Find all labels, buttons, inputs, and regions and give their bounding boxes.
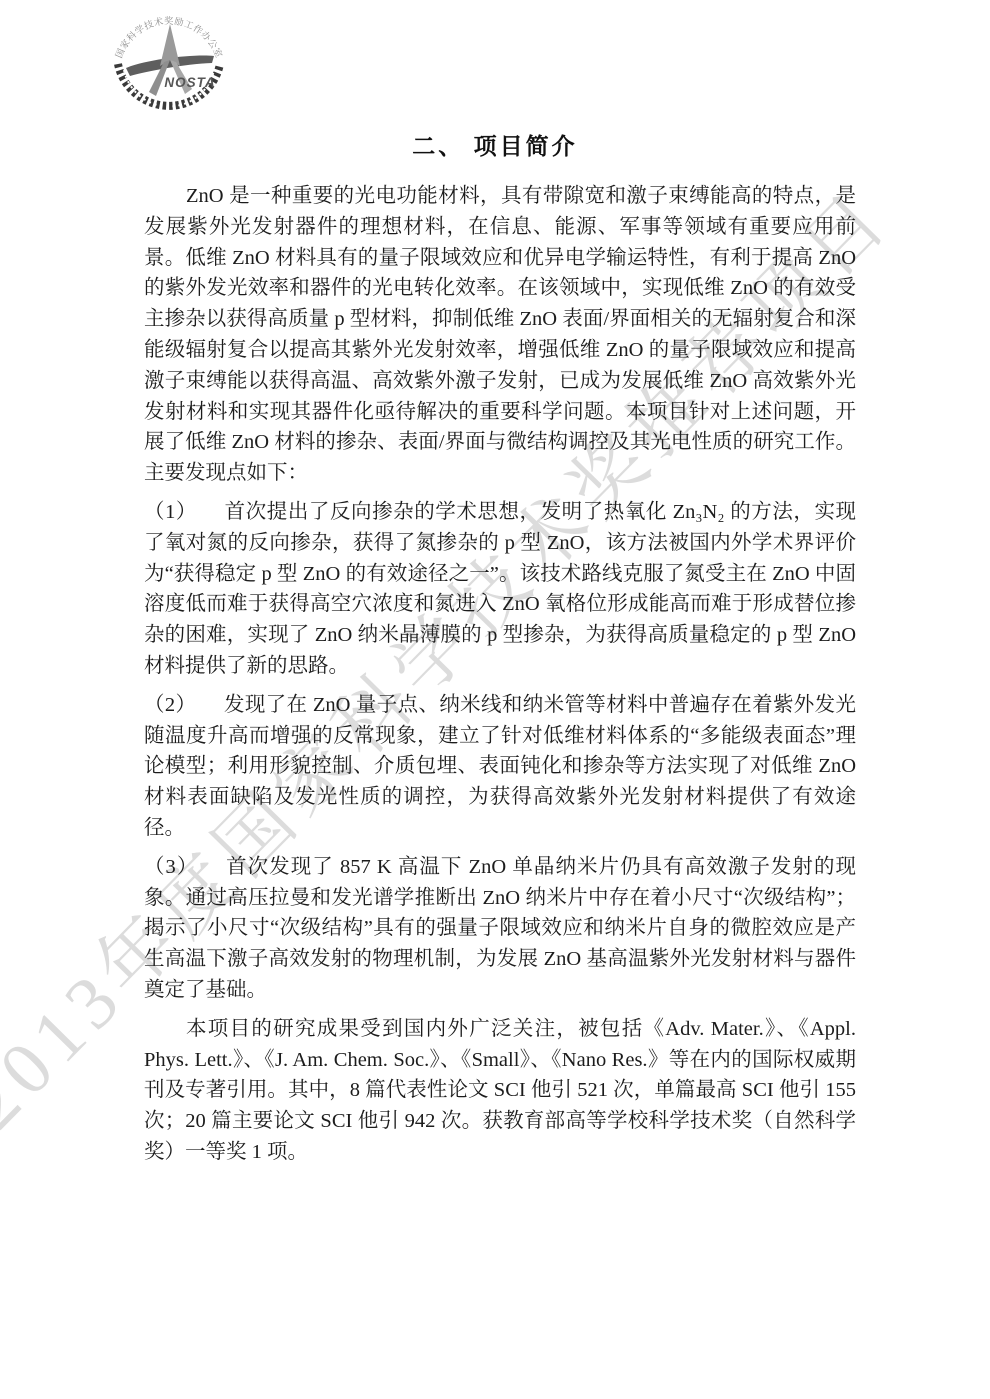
paragraph-text: 发现了在 ZnO 量子点、纳米线和纳米管等材料中普遍存在着紫外发光随温度升高而增… [144, 694, 856, 839]
paragraph-finding-1: （1）首次提出了反向掺杂的学术思想，发明了热氧化 Zn₃N₂ 的方法，实现了氧对… [144, 497, 856, 682]
logo-star-spike [160, 24, 180, 66]
paragraph-number: （3） [144, 856, 198, 878]
paragraph-text: 本项目的研究成果受到国内外广泛关注，被包括《Adv. Mater.》、《Appl… [144, 1018, 856, 1163]
paragraph-number: （2） [144, 694, 196, 716]
page-title: 二、 项目简介 [0, 128, 990, 161]
paragraph-number: （1） [144, 501, 197, 523]
paragraph-text: 首次发现了 857 K 高温下 ZnO 单晶纳米片仍具有高效激子发射的现象。通过… [144, 856, 856, 1001]
paragraph-text: 首次提出了反向掺杂的学术思想，发明了热氧化 Zn₃N₂ 的方法，实现了氧对氮的反… [144, 501, 856, 677]
paragraph-finding-2: （2）发现了在 ZnO 量子点、纳米线和纳米管等材料中普遍存在着紫外发光随温度升… [144, 690, 856, 844]
paragraph-intro: ZnO 是一种重要的光电功能材料，具有带隙宽和激子束缚能高的特点，是发展紫外光发… [144, 181, 856, 489]
nosta-logo-emblem: 国家科学技术奖励工作办公室 NOSTA [106, 12, 232, 124]
nosta-logo: 国家科学技术奖励工作办公室 NOSTA [106, 12, 232, 124]
paragraph-impact: 本项目的研究成果受到国内外广泛关注，被包括《Adv. Mater.》、《Appl… [144, 1014, 856, 1168]
paragraph-finding-3: （3）首次发现了 857 K 高温下 ZnO 单晶纳米片仍具有高效激子发射的现象… [144, 852, 856, 1006]
logo-wordmark: NOSTA [164, 75, 215, 90]
paragraph-text: ZnO 是一种重要的光电功能材料，具有带隙宽和激子束缚能高的特点，是发展紫外光发… [144, 185, 856, 484]
document-body: ZnO 是一种重要的光电功能材料，具有带隙宽和激子束缚能高的特点，是发展紫外光发… [144, 181, 856, 1176]
document-page: 2013年度国家科学技术奖推荐项目 国家科学技术奖励工作办公室 NOSTA 二、… [0, 0, 990, 1399]
